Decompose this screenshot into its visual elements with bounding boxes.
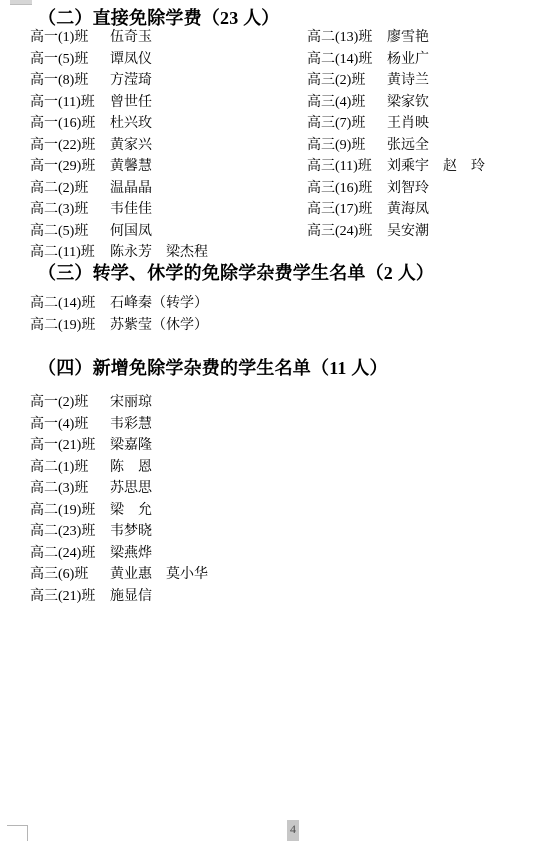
- student-names: 谭凤仪: [110, 49, 152, 71]
- student-names: 韦彩慧: [110, 414, 152, 436]
- student-names: 宋丽琼: [110, 392, 152, 414]
- student-names: 张远全: [387, 135, 429, 157]
- student-row: 高二(19)班苏紫莹（休学）: [30, 315, 208, 337]
- page-number-field: 4: [287, 820, 299, 841]
- student-row: 高二(2)班温晶晶: [30, 178, 208, 200]
- student-row: 高二(3)班韦佳佳: [30, 199, 208, 221]
- class-label: 高二(19)班: [30, 315, 110, 337]
- student-row: 高二(14)班石峰秦（转学）: [30, 293, 208, 315]
- student-row: 高一(29)班黄馨慧: [30, 156, 208, 178]
- class-label: 高二(14)班: [30, 293, 110, 315]
- class-label: 高二(1)班: [30, 457, 110, 479]
- student-row: 高二(19)班梁 允: [30, 500, 208, 522]
- student-row: 高二(14)班杨业广: [307, 49, 485, 71]
- class-label: 高一(16)班: [30, 113, 110, 135]
- student-names: 杜兴玫: [110, 113, 152, 135]
- class-label: 高三(2)班: [307, 70, 387, 92]
- student-row: 高一(1)班伍奇玉: [30, 27, 208, 49]
- student-names: 杨业广: [387, 49, 429, 71]
- top-page-field-artifact: [10, 0, 32, 5]
- student-names: 陈 恩: [110, 457, 152, 479]
- student-names: 吴安潮: [387, 221, 429, 243]
- class-label: 高一(29)班: [30, 156, 110, 178]
- document-page: （二）直接免除学费（23 人） 高一(1)班伍奇玉高一(5)班谭凤仪高一(8)班…: [0, 0, 537, 841]
- class-label: 高三(24)班: [307, 221, 387, 243]
- student-row: 高二(23)班韦梦晓: [30, 521, 208, 543]
- student-row: 高三(11)班刘乘宇 赵 玲: [307, 156, 485, 178]
- student-row: 高一(4)班韦彩慧: [30, 414, 208, 436]
- class-label: 高三(21)班: [30, 586, 110, 608]
- class-label: 高一(4)班: [30, 414, 110, 436]
- class-label: 高二(3)班: [30, 478, 110, 500]
- student-row: 高二(1)班陈 恩: [30, 457, 208, 479]
- student-names: 黄馨慧: [110, 156, 152, 178]
- student-names: 曾世任: [110, 92, 152, 114]
- section-heading-transfer-suspension: （三）转学、休学的免除学杂费学生名单（2 人）: [38, 261, 434, 285]
- newly-added-column: 高一(2)班宋丽琼高一(4)班韦彩慧高一(21)班梁嘉隆高二(1)班陈 恩高二(…: [30, 392, 208, 607]
- class-label: 高三(7)班: [307, 113, 387, 135]
- class-label: 高三(6)班: [30, 564, 110, 586]
- student-row: 高三(7)班王肖映: [307, 113, 485, 135]
- student-row: 高一(5)班谭凤仪: [30, 49, 208, 71]
- class-label: 高二(19)班: [30, 500, 110, 522]
- text-boundary-corner-mark: [7, 825, 28, 841]
- class-label: 高二(23)班: [30, 521, 110, 543]
- student-names: 伍奇玉: [110, 27, 152, 49]
- student-names: 廖雪艳: [387, 27, 429, 49]
- class-label: 高一(1)班: [30, 27, 110, 49]
- class-label: 高一(2)班: [30, 392, 110, 414]
- student-row: 高一(8)班方滢琦: [30, 70, 208, 92]
- student-names: 梁燕烨: [110, 543, 152, 565]
- student-names: 韦梦晓: [110, 521, 152, 543]
- class-label: 高一(8)班: [30, 70, 110, 92]
- student-row: 高三(16)班刘智玲: [307, 178, 485, 200]
- student-names: 黄诗兰: [387, 70, 429, 92]
- student-names: 苏思思: [110, 478, 152, 500]
- class-label: 高二(24)班: [30, 543, 110, 565]
- student-row: 高一(2)班宋丽琼: [30, 392, 208, 414]
- student-row: 高二(3)班苏思思: [30, 478, 208, 500]
- student-row: 高三(9)班张远全: [307, 135, 485, 157]
- class-label: 高三(16)班: [307, 178, 387, 200]
- student-names: 苏紫莹（休学）: [110, 315, 208, 337]
- class-label: 高三(4)班: [307, 92, 387, 114]
- student-row: 高一(21)班梁嘉隆: [30, 435, 208, 457]
- student-names: 黄业惠 莫小华: [110, 564, 208, 586]
- student-row: 高三(4)班梁家钦: [307, 92, 485, 114]
- student-row: 高三(21)班施显信: [30, 586, 208, 608]
- student-row: 高二(24)班梁燕烨: [30, 543, 208, 565]
- student-row: 高一(22)班黄家兴: [30, 135, 208, 157]
- class-label: 高一(5)班: [30, 49, 110, 71]
- student-names: 梁嘉隆: [110, 435, 152, 457]
- student-row: 高三(6)班黄业惠 莫小华: [30, 564, 208, 586]
- student-row: 高二(5)班何国凤: [30, 221, 208, 243]
- class-label: 高二(2)班: [30, 178, 110, 200]
- class-label: 高三(17)班: [307, 199, 387, 221]
- student-names: 王肖映: [387, 113, 429, 135]
- class-label: 高三(9)班: [307, 135, 387, 157]
- direct-exemption-left-column: 高一(1)班伍奇玉高一(5)班谭凤仪高一(8)班方滢琦高一(11)班曾世任高一(…: [30, 27, 208, 264]
- section-heading-newly-added: （四）新增免除学杂费的学生名单（11 人）: [38, 356, 388, 380]
- student-row: 高一(11)班曾世任: [30, 92, 208, 114]
- class-label: 高三(11)班: [307, 156, 387, 178]
- class-label: 高二(3)班: [30, 199, 110, 221]
- student-row: 高三(24)班吴安潮: [307, 221, 485, 243]
- student-names: 刘乘宇 赵 玲: [387, 156, 485, 178]
- student-names: 梁家钦: [387, 92, 429, 114]
- student-names: 黄海凤: [387, 199, 429, 221]
- transfer-suspension-column: 高二(14)班石峰秦（转学）高二(19)班苏紫莹（休学）: [30, 293, 208, 336]
- student-names: 何国凤: [110, 221, 152, 243]
- student-row: 高三(17)班黄海凤: [307, 199, 485, 221]
- student-names: 刘智玲: [387, 178, 429, 200]
- class-label: 高一(11)班: [30, 92, 110, 114]
- direct-exemption-right-column: 高二(13)班廖雪艳高二(14)班杨业广高三(2)班黄诗兰高三(4)班梁家钦高三…: [307, 27, 485, 242]
- student-row: 高二(13)班廖雪艳: [307, 27, 485, 49]
- student-names: 方滢琦: [110, 70, 152, 92]
- student-names: 黄家兴: [110, 135, 152, 157]
- student-names: 温晶晶: [110, 178, 152, 200]
- class-label: 高二(14)班: [307, 49, 387, 71]
- student-row: 高三(2)班黄诗兰: [307, 70, 485, 92]
- student-names: 梁 允: [110, 500, 152, 522]
- class-label: 高一(21)班: [30, 435, 110, 457]
- student-names: 石峰秦（转学）: [110, 293, 208, 315]
- class-label: 高一(22)班: [30, 135, 110, 157]
- class-label: 高二(5)班: [30, 221, 110, 243]
- student-names: 韦佳佳: [110, 199, 152, 221]
- student-row: 高一(16)班杜兴玫: [30, 113, 208, 135]
- class-label: 高二(13)班: [307, 27, 387, 49]
- student-names: 施显信: [110, 586, 152, 608]
